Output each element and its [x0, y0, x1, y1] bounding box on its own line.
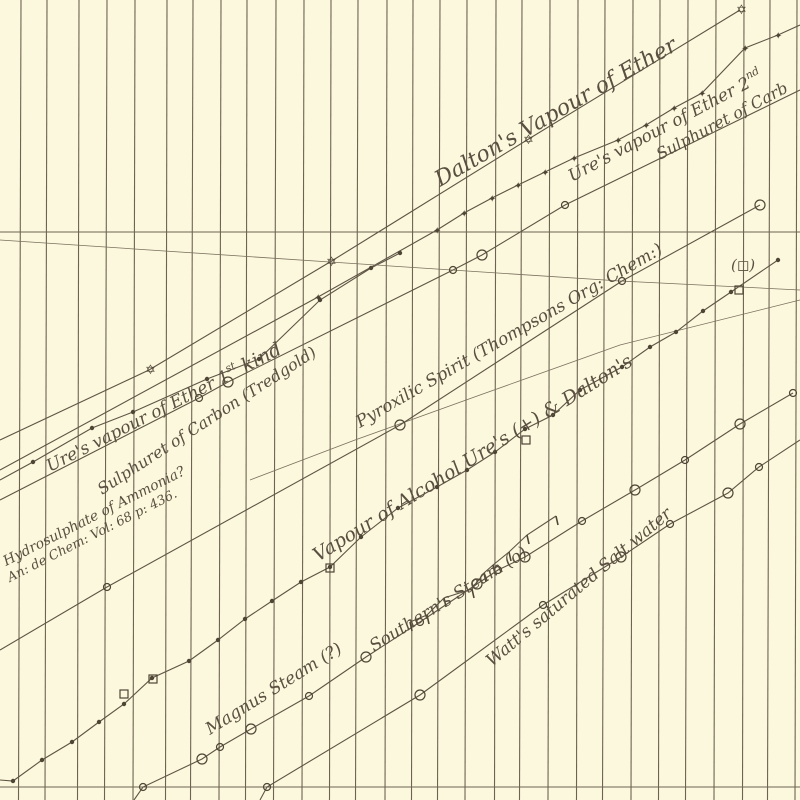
data-point-marker: [40, 758, 44, 762]
data-point-marker: [556, 516, 558, 525]
data-point-marker: [90, 426, 94, 430]
data-point-marker: [70, 740, 74, 744]
data-point-marker: [318, 298, 322, 302]
data-point-marker: [243, 617, 247, 621]
curve-reference-line: [0, 240, 800, 290]
data-point-marker: [527, 535, 529, 544]
data-point-marker: ✦: [514, 181, 522, 192]
data-point-marker: ✦: [774, 31, 782, 42]
gridline-vertical: [495, 0, 497, 800]
data-point-marker: [398, 251, 402, 255]
gridline-vertical: [795, 0, 797, 800]
data-point-marker: [674, 330, 678, 334]
data-point-marker: [369, 266, 373, 270]
data-point-marker: [97, 720, 101, 724]
data-point-marker: ✦: [433, 226, 441, 237]
label-vapour-alcohol: Vapour of Alcohol Ure's (+) & Dalton's: [309, 350, 637, 566]
curve-labels: Dalton's Vapour of Ether Ure's vapour of…: [0, 32, 791, 740]
data-point-marker: [648, 345, 652, 349]
data-point-marker: [701, 309, 705, 313]
vapour-pressure-chart: ✡✡✡✡✦✦✦✦✦✦✦✦✦✦✦✦✦ Dalton's Vapour of Eth…: [0, 0, 800, 800]
data-point-marker: [299, 580, 303, 584]
label-square-marker-key: (◻): [731, 256, 755, 274]
gridline-vertical: [19, 0, 22, 800]
gridline-vertical: [356, 0, 359, 800]
data-point-marker: [11, 779, 15, 783]
data-point-marker: [31, 460, 35, 464]
square-marker: [120, 690, 128, 698]
gridline-vertical: [45, 0, 47, 800]
label-dalton-ether: Dalton's Vapour of Ether: [430, 32, 683, 193]
gridline-vertical: [133, 0, 135, 800]
gridline-vertical: [330, 0, 332, 800]
data-point-marker: [122, 702, 126, 706]
label-hydrosulphate-ammonia: Hydrosulphate of Ammonia?: [0, 463, 188, 570]
data-point-marker: [729, 290, 733, 294]
gridline-vertical: [105, 0, 108, 800]
data-point-marker: [328, 565, 332, 569]
gridline-vertical: [631, 0, 633, 800]
gridline-vertical: [78, 0, 80, 800]
gridline-vertical: [603, 0, 606, 800]
data-point-marker: ✦: [460, 209, 468, 220]
data-point-marker: [216, 638, 220, 642]
data-point-marker: ✦: [541, 168, 549, 179]
data-point-marker: ✡: [736, 3, 747, 18]
data-point-marker: ✦: [488, 194, 496, 205]
label-pyroxilic-spirit: Pyroxilic Spirit (Thompsons Org: Chem:): [352, 240, 667, 433]
gridline-vertical: [768, 0, 771, 800]
data-point-marker: [150, 676, 154, 680]
data-point-marker: ✡: [326, 255, 337, 270]
data-point-marker: [187, 659, 191, 663]
label-hydrosulphate-reference: An: de Chem: Vol: 68 p: 436.: [4, 487, 180, 586]
data-point-marker: ✦: [741, 44, 749, 55]
data-point-marker: ✡: [145, 363, 156, 378]
data-point-marker: [270, 599, 274, 603]
data-point-marker: [776, 258, 780, 262]
label-watts-salt-water: Watt's saturated Salt water: [482, 503, 676, 670]
